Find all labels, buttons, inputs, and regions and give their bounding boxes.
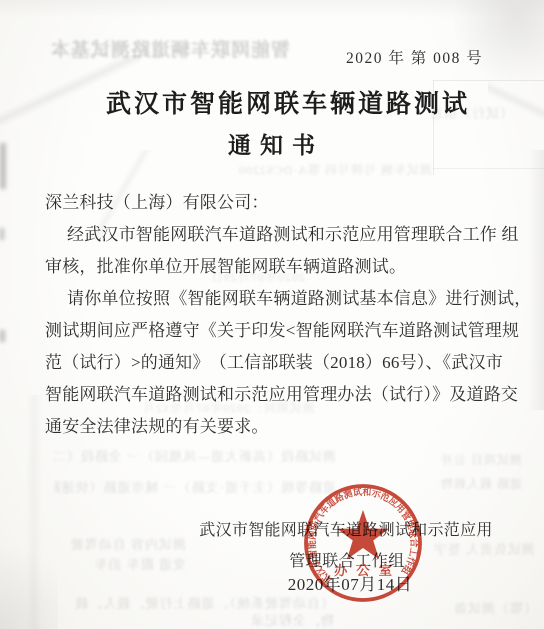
body-line: 智能网联汽车道路测试和示范应用管理办法（试行）》及道路交 [45,380,515,412]
paper-crease [0,520,58,629]
body-line: 审核，批准你单位开展智能网联车辆道路测试。 [45,252,515,284]
paper-crease [488,38,544,163]
bleedthrough-text: （自动驾驶系统）、道路上行驶、载人、载物，全程记录 [54,595,334,629]
signature-date: 2020年07月14日 [288,570,413,595]
bleedthrough-text: 道路等级（主干道·支路）一 城市道路（快速路 主路） [54,477,336,496]
paper-crease [528,150,544,410]
salutation-line: 深兰科技（上海）有限公司： [45,188,515,220]
signature-org-line-2: 管理联合工作组 [289,548,405,571]
document-title-line-1: 武汉市智能网联车辆道路测试 [106,84,470,120]
scan-smudge [0,143,6,189]
notice-body: 深兰科技（上海）有限公司： 经武汉市智能网联汽车道路测试和示范应用管理联合工作 … [45,188,515,444]
document-title-line-2: 通知书 [228,127,324,160]
paper-crease [0,0,544,18]
scanned-notice-document: 智能网联车辆道路测试基本信息 （试行）信息 测试车辆 号牌号码 鄂A·DCS22… [0,0,544,629]
bleedthrough-text: 测试项目 公开道路 载人载物 [430,448,522,520]
bleedthrough-text: 智能网联车辆道路测试基本信息 [52,35,290,62]
bleedthrough-text: 测试负责人 签字 [420,540,535,582]
bleedthrough-text: （鄂）测试备案 [452,598,537,617]
body-line: 经武汉市智能网联汽车道路测试和示范应用管理联合工作 组 [45,220,515,252]
signature-org-line-1: 武汉市智能网联汽车道路测试和示范应用 [199,517,492,540]
body-line: 通安全法律法规的有关要求。 [45,412,515,444]
scan-smudge [0,228,4,240]
bleedthrough-text: 测试路段（高新大道—凤凰园）一 全路段（二环 全路） [54,446,336,465]
bleedthrough-table-line [433,168,544,169]
paper-crease [26,395,42,629]
document-number: 2020 年 第 008 号 [346,46,483,68]
bleedthrough-text: 测试内容 自动驾驶 变道 跟车 泊车 [54,535,186,597]
bleedthrough-table-line [433,80,544,81]
body-line: 测试期间应严格遵守《关于印发<智能网联汽车道路测试管理规 [45,316,515,348]
scan-smudge [0,330,5,342]
body-line: 范（试行）>的通知》 （工信部联装（2018）66号）、《武汉市 [45,348,515,380]
body-line: 请你单位按照《智能网联车辆道路测试基本信息》进行测试， [45,284,515,316]
bleedthrough-text: 测试车辆 号牌号码 鄂A·DCS2200 [150,161,432,178]
